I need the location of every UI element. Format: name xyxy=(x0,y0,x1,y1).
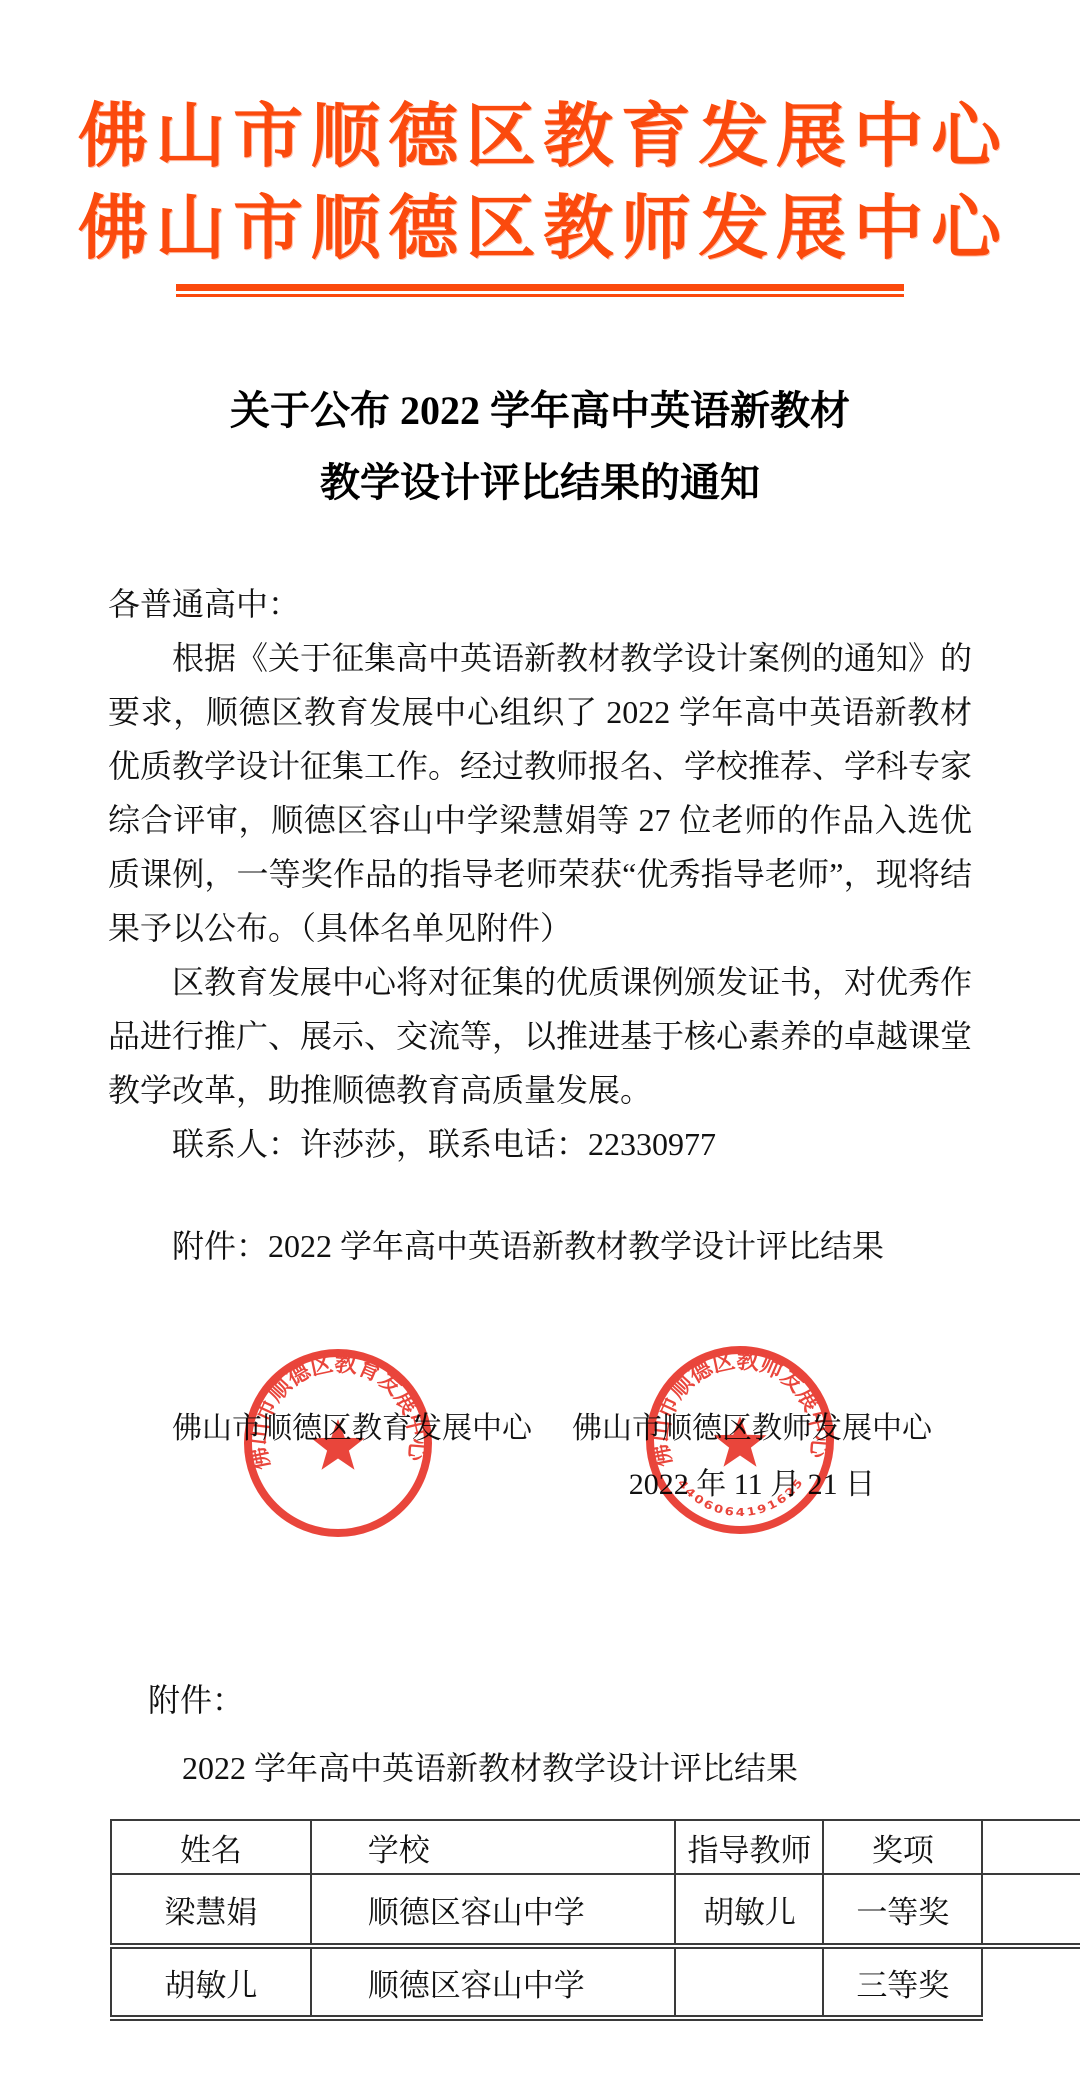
table-header-row: 姓名 学校 指导教师 奖项 xyxy=(111,1820,1080,1874)
official-seal-teacher-center-icon: 佛山市顺德区教师发展中心 4406064191625 xyxy=(640,1340,840,1540)
cell-school: 顺德区容山中学 xyxy=(311,1874,676,1946)
table-cutoff-filler xyxy=(982,1946,1080,2018)
paragraph-1: 根据《关于征集高中英语新教材教学设计案例的通知》的要求，顺德区教育发展中心组织了… xyxy=(108,631,972,955)
award-results-table: 姓名 学校 指导教师 奖项 梁慧娟 顺德区容山中学 胡敏儿 一等奖 胡敏儿 顺德… xyxy=(110,1819,1080,2021)
attachment-label: 附件： xyxy=(0,1675,1080,1721)
document-title-line-2: 教学设计评比结果的通知 xyxy=(0,447,1080,519)
column-header-name: 姓名 xyxy=(111,1820,311,1874)
document-title-line-1: 关于公布 2022 学年高中英语新教材 xyxy=(0,375,1080,447)
table-row: 胡敏儿 顺德区容山中学 三等奖 xyxy=(111,1946,1080,2018)
column-header-school: 学校 xyxy=(311,1820,676,1874)
cell-name: 胡敏儿 xyxy=(111,1946,311,2018)
attachment-section: 附件： 2022 学年高中英语新教材教学设计评比结果 姓名 学校 指导教师 奖项… xyxy=(0,1675,1080,2021)
notice-document-page: 佛山市顺德区教育发展中心 佛山市顺德区教师发展中心 关于公布 2022 学年高中… xyxy=(0,0,1080,2084)
cell-award: 一等奖 xyxy=(823,1874,982,1946)
attachment-reference-line: 附件：2022 学年高中英语新教材教学设计评比结果 xyxy=(108,1219,972,1273)
cell-tutor: 胡敏儿 xyxy=(675,1874,823,1946)
document-body: 各普通高中： 根据《关于征集高中英语新教材教学设计案例的通知》的要求，顺德区教育… xyxy=(0,577,1080,1273)
cell-award: 三等奖 xyxy=(823,1946,982,2018)
contact-line: 联系人：许莎莎，联系电话：22330977 xyxy=(108,1117,972,1171)
column-header-tutor: 指导教师 xyxy=(675,1820,823,1874)
letterhead-line-education-center: 佛山市顺德区教育发展中心 xyxy=(78,92,1002,184)
cell-name: 梁慧娟 xyxy=(111,1874,311,1946)
letterhead-double-rule xyxy=(176,284,904,297)
salutation: 各普通高中： xyxy=(108,577,972,631)
letterhead-line-teacher-center: 佛山市顺德区教师发展中心 xyxy=(78,184,1002,276)
letterhead: 佛山市顺德区教育发展中心 佛山市顺德区教师发展中心 xyxy=(0,92,1080,297)
paragraph-2: 区教育发展中心将对征集的优质课例颁发证书，对优秀作品进行推广、展示、交流等，以推… xyxy=(108,955,972,1117)
table-row: 梁慧娟 顺德区容山中学 胡敏儿 一等奖 xyxy=(111,1874,1080,1946)
column-header-award: 奖项 xyxy=(823,1820,982,1874)
official-seal-education-center-icon: 佛山市顺德区教育发展中心 xyxy=(238,1343,438,1543)
table-cutoff-filler xyxy=(982,1820,1080,1874)
attachment-table-title: 2022 学年高中英语新教材教学设计评比结果 xyxy=(0,1743,1080,1789)
cell-tutor xyxy=(675,1946,823,2018)
seal-star-icon xyxy=(713,1416,766,1467)
seal-star-icon xyxy=(311,1419,364,1470)
table-cutoff-filler xyxy=(982,1874,1080,1946)
cell-school: 顺德区容山中学 xyxy=(311,1946,676,2018)
signature-block: 佛山市顺德区教育发展中心 佛山市顺德区教师发展中心 2022 年 11 月 21… xyxy=(0,1283,1080,1613)
document-title: 关于公布 2022 学年高中英语新教材 教学设计评比结果的通知 xyxy=(0,375,1080,519)
